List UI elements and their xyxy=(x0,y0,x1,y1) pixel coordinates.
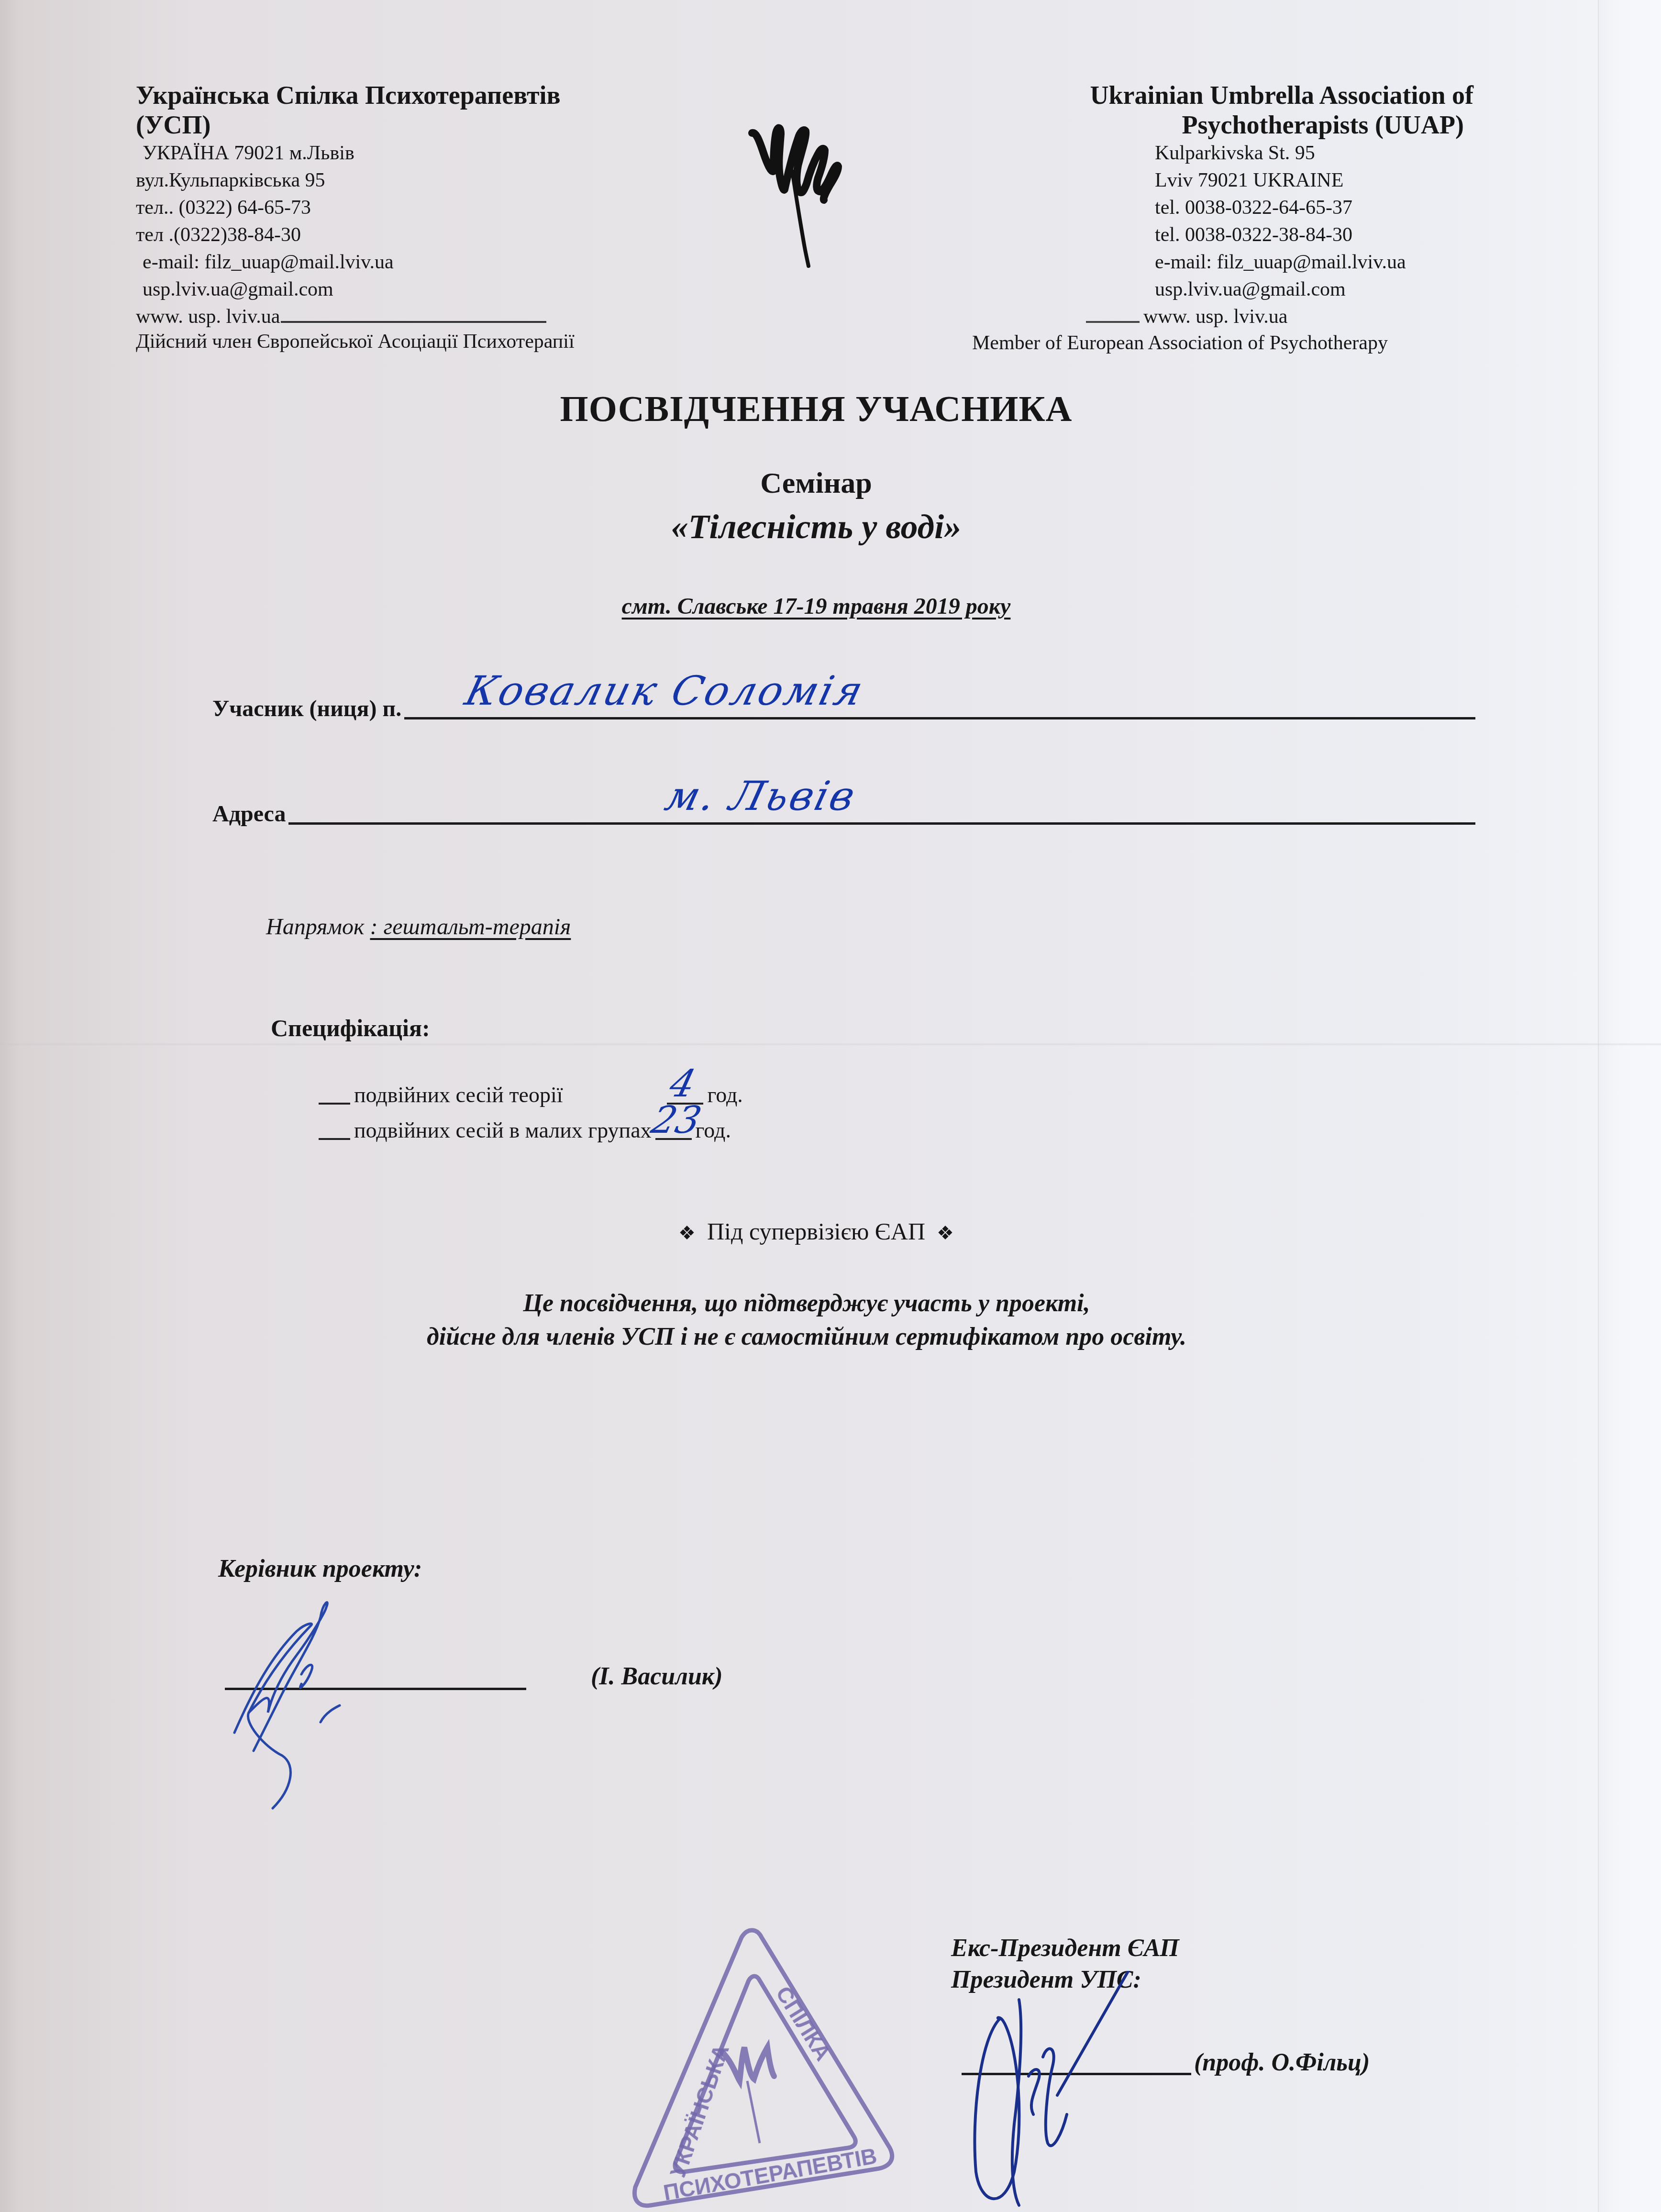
participant-address-field: Адреса м. Львів xyxy=(212,790,1475,829)
place-date-text: смт. Славське 17-19 травня 2019 року xyxy=(622,594,1011,619)
header-left: Українська Спілка Психотерапевтів (УСП) … xyxy=(136,80,710,353)
phone-line: tel. 0038-0322-38-84-30 xyxy=(971,221,1497,249)
org-abbr-ua: (УСП) xyxy=(136,110,710,140)
stamp-icon: УКРАЇНСЬКА СПІЛКА ПСИХОТЕРАПЕВТІВ xyxy=(622,1918,919,2212)
signature-icon xyxy=(962,1971,1249,2212)
divider xyxy=(281,321,546,323)
statement-line: дійсне для членів УСП і не є самостійним… xyxy=(0,1320,1613,1354)
spec-row-text: подвійних сесій в малих групах xyxy=(354,1117,652,1143)
specification-label: Специфікація: xyxy=(271,1014,430,1042)
president-label-line1: Екс-Президент ЄАП xyxy=(951,1933,1179,1964)
divider xyxy=(1086,321,1140,323)
participant-address-line: м. Львів xyxy=(288,822,1475,825)
website-line: www. usp. lviv.ua xyxy=(971,303,1497,331)
place-date: смт. Славське 17-19 травня 2019 року xyxy=(0,593,1661,619)
certificate-title: ПОСВІДЧЕННЯ УЧАСНИКА xyxy=(0,388,1661,430)
email-line: e-mail: filz_uuap@mail.lviv.ua xyxy=(136,249,710,276)
org-name-ua: Українська Спілка Психотерапевтів xyxy=(136,80,710,110)
address-line: УКРАЇНА 79021 м.Львів xyxy=(136,140,710,167)
participant-address-label: Адреса xyxy=(212,800,286,829)
supervision-line: ❖Під супервізією ЄАП❖ xyxy=(0,1217,1661,1245)
blank-line xyxy=(319,1103,350,1105)
unit-label: год. xyxy=(696,1117,731,1143)
website-line: www. usp. lviv.ua xyxy=(136,303,710,331)
website-text: www. usp. lviv.ua xyxy=(136,306,280,328)
phone-line: тел.. (0322) 64-65-73 xyxy=(136,194,710,221)
membership-line: Дійсний член Європейської Асоціації Псих… xyxy=(136,331,710,353)
email-line: usp.lviv.ua@gmail.com xyxy=(971,276,1497,303)
stamp-text-left: УКРАЇНСЬКА xyxy=(665,2041,734,2180)
website-text: www. usp. lviv.ua xyxy=(1143,306,1287,328)
signature-icon xyxy=(201,1569,411,1818)
membership-line: Member of European Association of Psycho… xyxy=(971,331,1497,355)
address-line: Kulparkivska St. 95 xyxy=(971,140,1497,167)
participant-name-line: Ковалик Соломія xyxy=(404,717,1475,719)
participant-name-label: Учасник (ниця) п. xyxy=(212,695,401,723)
paper-fold xyxy=(0,1043,1661,1046)
spec-row-text: подвійних сесій теорії xyxy=(354,1082,563,1107)
phone-line: тел .(0322)38-84-30 xyxy=(136,221,710,249)
ornament-icon: ❖ xyxy=(937,1222,954,1244)
seminar-name: «Тілесність у воді» xyxy=(0,507,1661,547)
participant-name-value: Ковалик Соломія xyxy=(461,667,869,714)
spec-row-groups: подвійних сесій в малих групах 23 год. xyxy=(319,1117,731,1143)
direction-value: : гештальт-терапія xyxy=(370,914,571,940)
seminar-label: Семінар xyxy=(0,466,1661,500)
street-line: вул.Кульпарківська 95 xyxy=(136,167,710,194)
usp-logo-icon xyxy=(746,120,880,273)
org-name-en-2: Psychotherapists (UUAP) xyxy=(971,110,1497,140)
unit-label: год. xyxy=(707,1082,742,1107)
hours-blank: 23 xyxy=(655,1138,692,1140)
participant-name-field: Учасник (ниця) п. Ковалик Соломія xyxy=(212,685,1475,723)
header-right: Ukrainian Umbrella Association of Psycho… xyxy=(971,80,1497,355)
ornament-icon: ❖ xyxy=(678,1222,696,1244)
statement-line: Це посвідчення, що підтверджує участь у … xyxy=(0,1287,1613,1320)
supervision-text: Під супервізією ЄАП xyxy=(707,1218,925,1245)
email-line: usp.lviv.ua@gmail.com xyxy=(136,276,710,303)
city-line: Lviv 79021 UKRAINE xyxy=(971,167,1497,194)
phone-line: tel. 0038-0322-64-65-37 xyxy=(971,194,1497,221)
participant-address-value: м. Львів xyxy=(661,773,862,819)
direction: Напрямок : гештальт-терапія xyxy=(266,914,571,940)
direction-label: Напрямок xyxy=(266,914,364,940)
blank-line xyxy=(319,1138,350,1140)
paper-edge xyxy=(1598,0,1661,2212)
project-leader-name: (І. Василик) xyxy=(591,1662,723,1691)
statement: Це посвідчення, що підтверджує участь у … xyxy=(0,1287,1661,1354)
email-line: e-mail: filz_uuap@mail.lviv.ua xyxy=(971,249,1497,276)
org-name-en: Ukrainian Umbrella Association of xyxy=(971,80,1497,110)
